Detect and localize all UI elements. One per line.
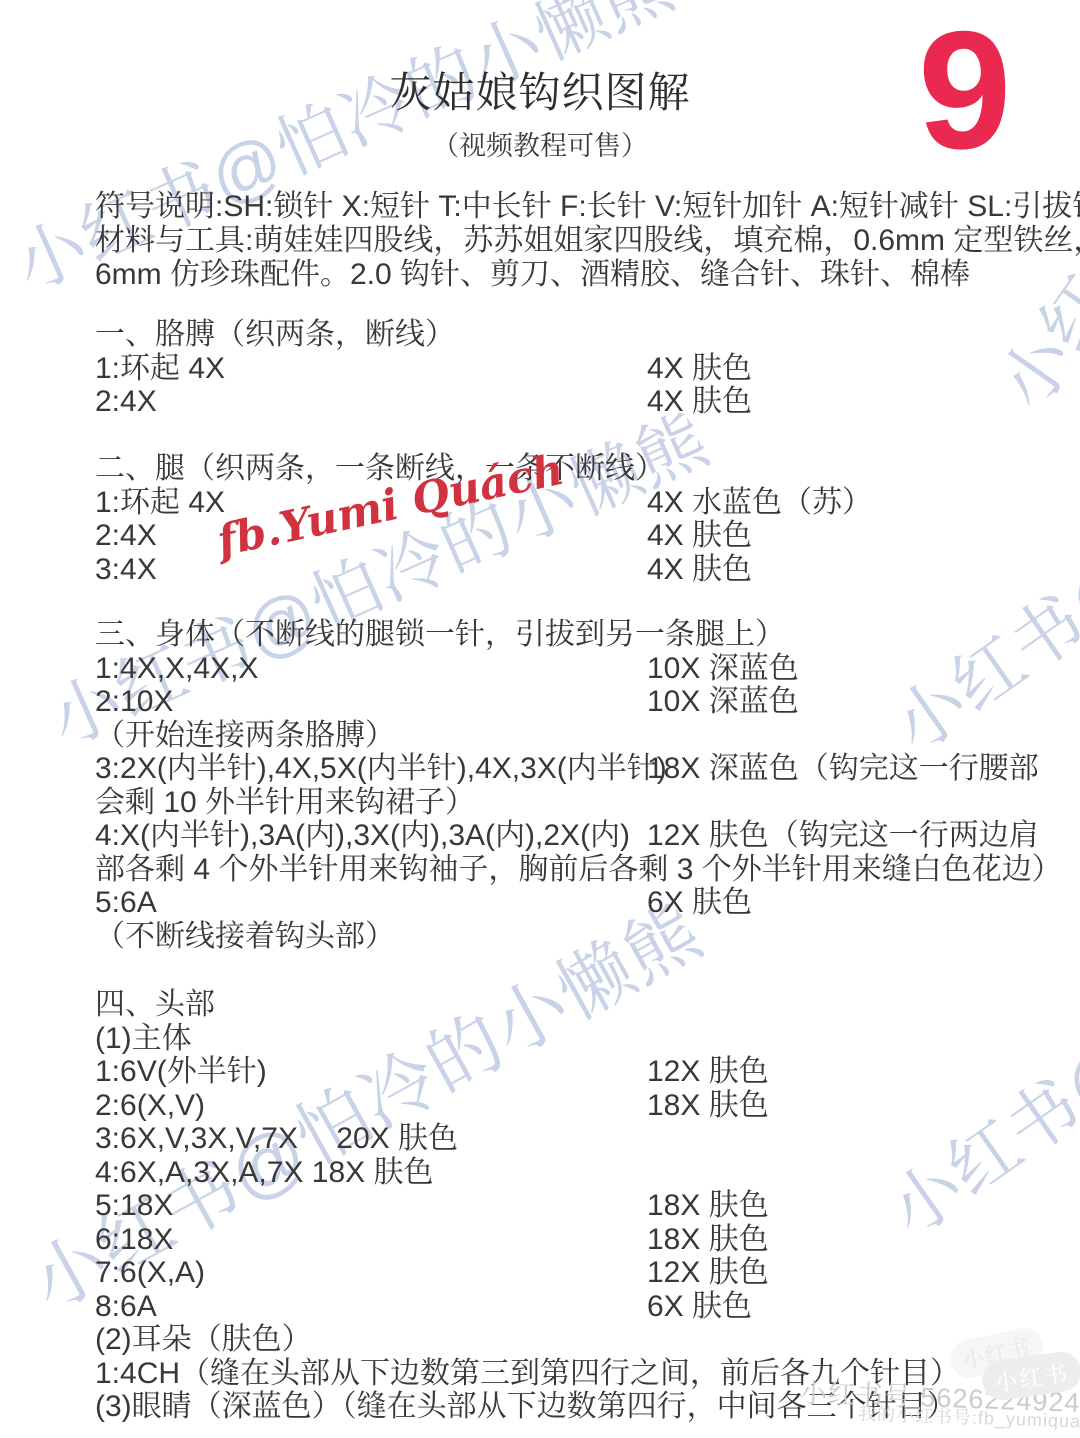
pattern-row: 8:6A6X 肤色: [95, 1290, 1045, 1324]
header-line: 材料与工具:萌娃娃四股线，苏苏姐姐家四股线，填充棉，0.6mm 定型铁丝，3mm…: [95, 224, 1045, 258]
pattern-row: 4:6X,A,3X,A,7X 18X 肤色: [95, 1156, 1045, 1190]
pattern-row: 1:环起 4X4X 肤色: [95, 352, 1045, 386]
row-left-text: 8:6A: [95, 1290, 157, 1323]
row-left-text: 3:2X(内半针),4X,5X(内半针),4X,3X(内半针): [95, 752, 667, 785]
row-right-text: 18X 肤色: [647, 1223, 769, 1256]
row-right-text: 4X 水蓝色（苏）: [647, 486, 872, 519]
pattern-row: (2)耳朵（肤色）: [95, 1323, 1045, 1357]
row-right-text: 12X 肤色（钩完这一行两边肩: [647, 819, 1039, 852]
row-left-text: 4:X(内半针),3A(内),3X(内),3A(内),2X(内): [95, 819, 630, 852]
row-left-text: 符号说明:SH:锁针 X:短针 T:中长针 F:长针 V:短针加针 A:短针减针…: [95, 190, 1080, 223]
row-left-text: 3:6X,V,3X,V,7X 20X 肤色: [95, 1122, 458, 1155]
pattern-row: 2:10X10X 深蓝色: [95, 685, 1045, 719]
section-title: 四、头部: [95, 988, 1045, 1022]
row-right-text: 4X 肤色: [647, 519, 752, 552]
pattern-row: 1:4X,X,4X,X10X 深蓝色: [95, 652, 1045, 686]
pattern-row: 5:18X18X 肤色: [95, 1189, 1045, 1223]
row-right-text: 4X 肤色: [647, 553, 752, 586]
row-left-text: 三、身体（不断线的腿锁一针，引拔到另一条腿上）: [95, 618, 785, 651]
row-left-text: （不断线接着钩头部）: [95, 920, 395, 953]
row-left-text: 5:6A: [95, 886, 157, 919]
row-left-text: （开始连接两条胳膊）: [95, 719, 395, 752]
row-left-text: 一、胳膊（织两条，断线）: [95, 318, 455, 351]
row-right-text: 10X 深蓝色: [647, 685, 799, 718]
row-left-text: 1:4X,X,4X,X: [95, 652, 258, 685]
row-left-text: 1:6V(外半针): [95, 1055, 267, 1088]
pattern-row: (1)主体: [95, 1022, 1045, 1056]
section-title: 三、身体（不断线的腿锁一针，引拔到另一条腿上）: [95, 618, 1045, 652]
header-line: 6mm 仿珍珠配件。2.0 钩针、剪刀、酒精胶、缝合针、珠针、棉棒: [95, 258, 1045, 292]
row-left-text: 部各剩 4 个外半针用来钩袖子，胸前后各剩 3 个外半针用来缝白色花边）: [95, 853, 1062, 886]
row-left-text: 5:18X: [95, 1189, 173, 1222]
pattern-row: 部各剩 4 个外半针用来钩袖子，胸前后各剩 3 个外半针用来缝白色花边）: [95, 853, 1045, 887]
pattern-row: （开始连接两条胳膊）: [95, 719, 1045, 753]
row-left-text: 6:18X: [95, 1223, 173, 1256]
pattern-row: 7:6(X,A)12X 肤色: [95, 1256, 1045, 1290]
section-title: 二、腿（织两条，一条断线，一条不断线）: [95, 452, 1045, 486]
row-right-text: 6X 肤色: [647, 1290, 752, 1323]
row-left-text: 四、头部: [95, 988, 215, 1021]
row-left-text: 二、腿（织两条，一条断线，一条不断线）: [95, 452, 665, 485]
pattern-row: 2:6(X,V)18X 肤色: [95, 1089, 1045, 1123]
row-left-text: 会剩 10 外半针用来钩裙子）: [95, 786, 475, 819]
row-left-text: 1:环起 4X: [95, 352, 225, 385]
pattern-row: 4:X(内半针),3A(内),3X(内),3A(内),2X(内)12X 肤色（钩…: [95, 819, 1045, 853]
row-right-text: 12X 肤色: [647, 1055, 769, 1088]
row-left-text: 6mm 仿珍珠配件。2.0 钩针、剪刀、酒精胶、缝合针、珠针、棉棒: [95, 258, 970, 291]
row-left-text: (2)耳朵（肤色）: [95, 1323, 312, 1356]
pattern-row: 会剩 10 外半针用来钩裙子）: [95, 786, 1045, 820]
pattern-row: （不断线接着钩头部）: [95, 920, 1045, 954]
row-left-text: 材料与工具:萌娃娃四股线，苏苏姐姐家四股线，填充棉，0.6mm 定型铁丝，3mm…: [95, 224, 1080, 257]
pattern-body: 符号说明:SH:锁针 X:短针 T:中长针 F:长针 V:短针加针 A:短针减针…: [0, 0, 1080, 1438]
pattern-row: 2:4X4X 肤色: [95, 385, 1045, 419]
pattern-row: 5:6A6X 肤色: [95, 886, 1045, 920]
pattern-row: 3:2X(内半针),4X,5X(内半针),4X,3X(内半针)18X 深蓝色（钩…: [95, 752, 1045, 786]
xiaohongshu-logo-text: 小红书: [992, 1354, 1071, 1397]
row-right-text: 10X 深蓝色: [647, 652, 799, 685]
row-right-text: 18X 肤色: [647, 1189, 769, 1222]
row-right-text: 6X 肤色: [647, 886, 752, 919]
row-right-text: 4X 肤色: [647, 352, 752, 385]
row-right-text: 4X 肤色: [647, 385, 752, 418]
row-right-text: 18X 肤色: [647, 1089, 769, 1122]
pattern-row: 3:6X,V,3X,V,7X 20X 肤色: [95, 1122, 1045, 1156]
row-left-text: (1)主体: [95, 1022, 192, 1055]
row-left-text: 2:10X: [95, 685, 173, 718]
header-line: 符号说明:SH:锁针 X:短针 T:中长针 F:长针 V:短针加针 A:短针减针…: [95, 190, 1045, 224]
pattern-row: 6:18X18X 肤色: [95, 1223, 1045, 1257]
row-left-text: 7:6(X,A): [95, 1256, 205, 1289]
row-right-text: 12X 肤色: [647, 1256, 769, 1289]
pattern-page: 小红书@怕冷的小懒熊小红书@怕冷的小懒熊小红书@怕冷的小懒熊小红书@怕冷的小懒熊…: [0, 0, 1080, 1438]
row-left-text: 4:6X,A,3X,A,7X 18X 肤色: [95, 1156, 434, 1189]
row-left-text: 1:环起 4X: [95, 486, 225, 519]
section-title: 一、胳膊（织两条，断线）: [95, 318, 1045, 352]
row-left-text: 2:4X: [95, 519, 157, 552]
row-left-text: 2:6(X,V): [95, 1089, 205, 1122]
row-left-text: 2:4X: [95, 385, 157, 418]
row-left-text: 3:4X: [95, 553, 157, 586]
pattern-row: 1:6V(外半针)12X 肤色: [95, 1055, 1045, 1089]
row-right-text: 18X 深蓝色（钩完这一行腰部: [647, 752, 1039, 785]
